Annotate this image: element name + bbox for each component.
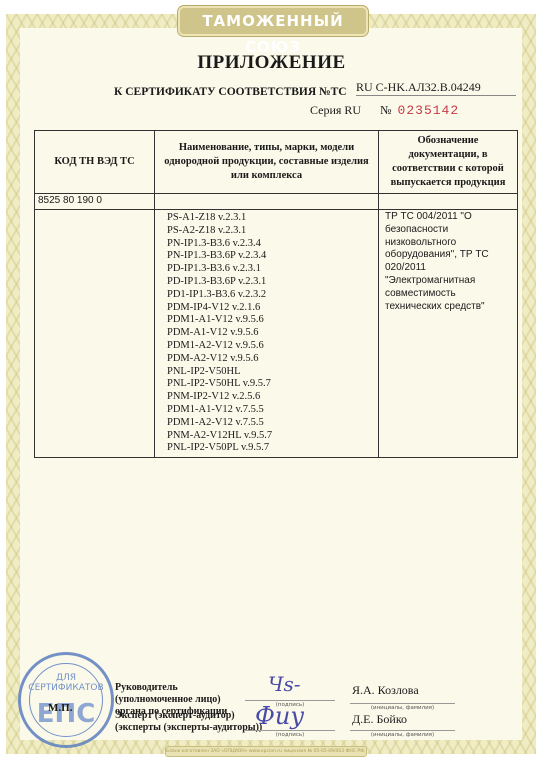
model-item: PNL-IP2-V50PL v.9.5.7 <box>167 442 366 455</box>
head-signature-caption: (подпись) <box>245 700 335 708</box>
model-item: PDM-A2-V12 v.9.5.6 <box>167 353 366 366</box>
customs-union-banner: ТАМОЖЕННЫЙ СОЮЗ <box>178 6 368 36</box>
certificate-number: RU C-HK.АЛ32.B.04249 <box>356 80 516 96</box>
empty-cell <box>379 194 518 210</box>
empty-cell <box>155 194 379 210</box>
stamp-text-2: СЕРТИФИКАТОВ <box>21 683 111 693</box>
empty-cell <box>35 210 155 458</box>
certificate-label: К СЕРТИФИКАТУ СООТВЕТСТВИЯ №ТС <box>114 86 347 98</box>
model-item: PS-A2-Z18 v.2.3.1 <box>167 225 366 238</box>
model-item: PD-IP1.3-B3.6P v.2.3.1 <box>167 276 366 289</box>
model-item: PDM1-A2-V12 v.7.5.5 <box>167 417 366 430</box>
expert-name: Д.Е. Бойко <box>352 712 407 727</box>
model-item: PDM-IP4-V12 v.2.1.6 <box>167 302 366 315</box>
table-header-row: КОД ТН ВЭД ТС Наименование, типы, марки,… <box>35 131 518 194</box>
model-item: PD-IP1.3-B3.6 v.2.3.1 <box>167 263 366 276</box>
model-item: PN-IP1.3-B3.6 v.2.3.4 <box>167 238 366 251</box>
models-list: PS-A1-Z18 v.2.3.1PS-A2-Z18 v.2.3.1PN-IP1… <box>155 210 379 458</box>
head-name-caption: (инициалы, фамилия) <box>350 703 455 711</box>
head-name: Я.А. Козлова <box>352 683 419 698</box>
certification-stamp: ДЛЯ СЕРТИФИКАТОВ ЕПС <box>18 652 114 748</box>
model-item: PDM1-A1-V12 v.9.5.6 <box>167 314 366 327</box>
document-title: ПРИЛОЖЕНИЕ <box>0 52 543 74</box>
model-item: PDM-A1-V12 v.9.5.6 <box>167 327 366 340</box>
model-item: PNL-IP2-V50HL <box>167 366 366 379</box>
head-signature: Чs- <box>268 672 300 696</box>
model-item: PS-A1-Z18 v.2.3.1 <box>167 212 366 225</box>
series-line: Серия RU №0235142 <box>310 103 459 118</box>
number-label: № <box>380 103 391 117</box>
header-code: КОД ТН ВЭД ТС <box>35 131 155 194</box>
series-label: Серия <box>310 103 341 117</box>
tnved-code: 8525 80 190 0 <box>35 194 155 210</box>
products-table: КОД ТН ВЭД ТС Наименование, типы, марки,… <box>34 130 518 458</box>
header-product: Наименование, типы, марки, модели одноро… <box>155 131 379 194</box>
expert-signature-caption: (подпись) <box>245 730 335 738</box>
model-item: PN-IP1.3-B3.6P v.2.3.4 <box>167 250 366 263</box>
series-value: RU <box>344 103 361 117</box>
model-item: PD1-IP1.3-B3.6 v.2.3.2 <box>167 289 366 302</box>
table-row-code: 8525 80 190 0 <box>35 194 518 210</box>
model-item: PDM1-A2-V12 v.9.5.6 <box>167 340 366 353</box>
form-number: 0235142 <box>398 103 460 118</box>
form-footer: Бланк изготовлен ЗАО «ОПЦИОН» www.opcion… <box>165 746 367 757</box>
documentation-text: ТР ТС 004/2011 "О безопасности низковоль… <box>379 210 518 458</box>
table-row-products: PS-A1-Z18 v.2.3.1PS-A2-Z18 v.2.3.1PN-IP1… <box>35 210 518 458</box>
stamp-text-1: ДЛЯ <box>21 673 111 683</box>
model-item: PDM1-A1-V12 v.7.5.5 <box>167 404 366 417</box>
expert-name-caption: (инициалы, фамилия) <box>350 730 455 738</box>
header-documentation: Обозначение документации, в соответствии… <box>379 131 518 194</box>
model-item: PNM-IP2-V12 v.2.5.6 <box>167 391 366 404</box>
model-item: PNL-IP2-V50HL v.9.5.7 <box>167 378 366 391</box>
model-item: PNM-A2-V12HL v.9.5.7 <box>167 430 366 443</box>
seal-place-label: М.П. <box>48 702 72 714</box>
